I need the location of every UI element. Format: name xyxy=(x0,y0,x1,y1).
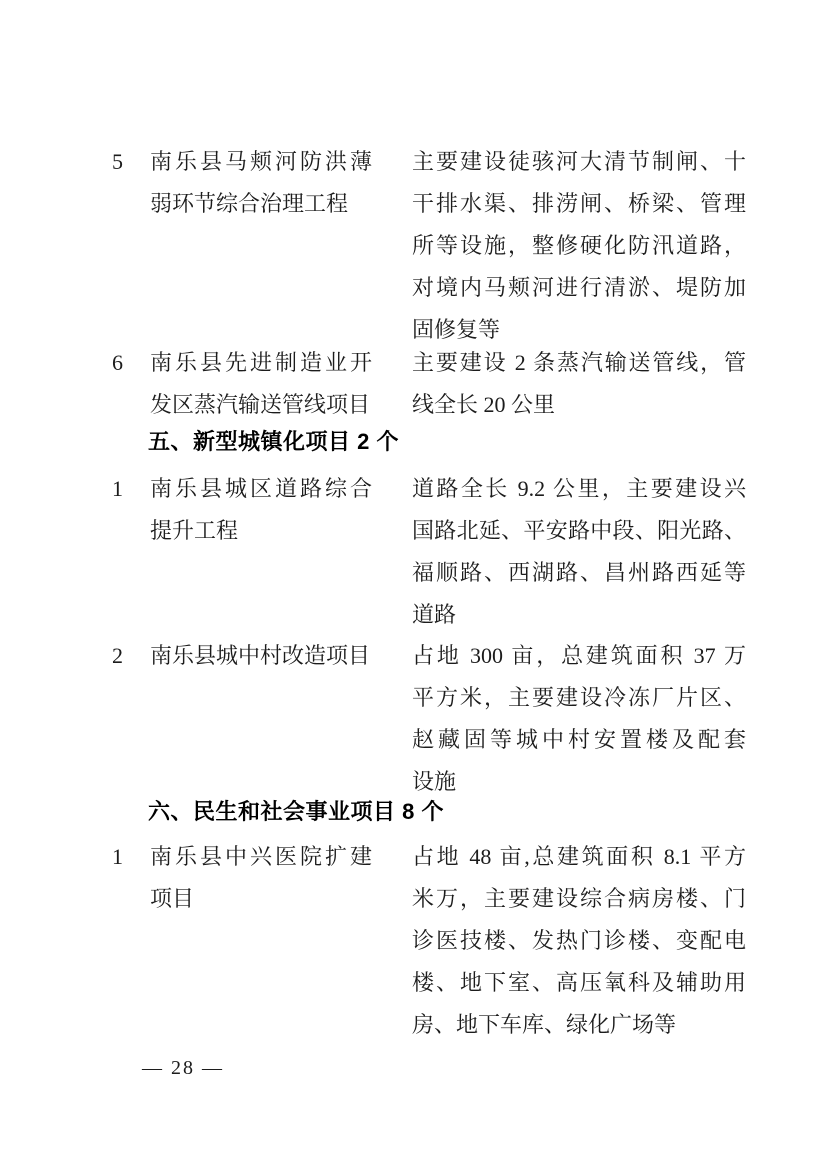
text-line: 占地 48 亩,总建筑面积 8.1 平方 xyxy=(412,836,746,878)
text-line: 赵藏固等城中村安置楼及配套 xyxy=(412,719,746,761)
text-line: 设施 xyxy=(412,761,746,803)
text-line: 道路全长 9.2 公里，主要建设兴 xyxy=(412,468,746,510)
text-line: 南乐县城区道路综合 xyxy=(150,468,372,510)
text-line: 弱环节综合治理工程 xyxy=(150,183,372,225)
text-line: 南乐县马颊河防洪薄 xyxy=(150,141,372,183)
row-number: 6 xyxy=(112,342,123,384)
project-name: 南乐县城区道路综合提升工程 xyxy=(150,468,372,552)
text-line: 房、地下车库、绿化广场等 xyxy=(412,1004,746,1046)
project-description: 主要建设徒骇河大清节制闸、十干排水渠、排涝闸、桥梁、管理所等设施，整修硬化防汛道… xyxy=(412,141,746,351)
project-description: 占地 300 亩，总建筑面积 37 万平方米，主要建设冷冻厂片区、赵藏固等城中村… xyxy=(412,635,746,803)
row-number: 2 xyxy=(112,635,123,677)
text-line: 线全长 20 公里 xyxy=(412,384,746,426)
text-line: 项目 xyxy=(150,878,372,920)
text-line: 占地 300 亩，总建筑面积 37 万 xyxy=(412,635,746,677)
text-line: 南乐县先进制造业开 xyxy=(150,342,372,384)
row-number: 1 xyxy=(112,468,123,510)
project-name: 南乐县马颊河防洪薄弱环节综合治理工程 xyxy=(150,141,372,225)
text-line: 主要建设 2 条蒸汽输送管线，管 xyxy=(412,342,746,384)
document-page: 5 南乐县马颊河防洪薄弱环节综合治理工程 主要建设徒骇河大清节制闸、十干排水渠、… xyxy=(0,0,826,1169)
row-number: 1 xyxy=(112,836,123,878)
text-line: 对境内马颊河进行清淤、堤防加 xyxy=(412,267,746,309)
text-line: 提升工程 xyxy=(150,510,372,552)
project-name: 南乐县中兴医院扩建项目 xyxy=(150,836,372,920)
section-heading: 五、新型城镇化项目 2 个 xyxy=(148,425,399,459)
project-name: 南乐县城中村改造项目 xyxy=(150,635,372,677)
row-number: 5 xyxy=(112,141,123,183)
text-line: 南乐县中兴医院扩建 xyxy=(150,836,372,878)
project-description: 占地 48 亩,总建筑面积 8.1 平方米万，主要建设综合病房楼、门诊医技楼、发… xyxy=(412,836,746,1046)
text-line: 楼、地下室、高压氧科及辅助用 xyxy=(412,962,746,1004)
page-number: — 28 — xyxy=(142,1056,224,1080)
text-line: 米万，主要建设综合病房楼、门 xyxy=(412,878,746,920)
project-name: 南乐县先进制造业开发区蒸汽输送管线项目 xyxy=(150,342,372,426)
text-line: 平方米，主要建设冷冻厂片区、 xyxy=(412,677,746,719)
text-line: 南乐县城中村改造项目 xyxy=(150,635,372,677)
text-line: 国路北延、平安路中段、阳光路、 xyxy=(412,510,746,552)
text-line: 主要建设徒骇河大清节制闸、十 xyxy=(412,141,746,183)
text-line: 干排水渠、排涝闸、桥梁、管理 xyxy=(412,183,746,225)
project-description: 主要建设 2 条蒸汽输送管线，管线全长 20 公里 xyxy=(412,342,746,426)
text-line: 道路 xyxy=(412,594,746,636)
section-heading: 六、民生和社会事业项目 8 个 xyxy=(148,795,444,829)
text-line: 所等设施，整修硬化防汛道路， xyxy=(412,225,746,267)
text-line: 福顺路、西湖路、昌州路西延等 xyxy=(412,552,746,594)
text-line: 发区蒸汽输送管线项目 xyxy=(150,384,372,426)
project-description: 道路全长 9.2 公里，主要建设兴国路北延、平安路中段、阳光路、福顺路、西湖路、… xyxy=(412,468,746,636)
text-line: 诊医技楼、发热门诊楼、变配电 xyxy=(412,920,746,962)
